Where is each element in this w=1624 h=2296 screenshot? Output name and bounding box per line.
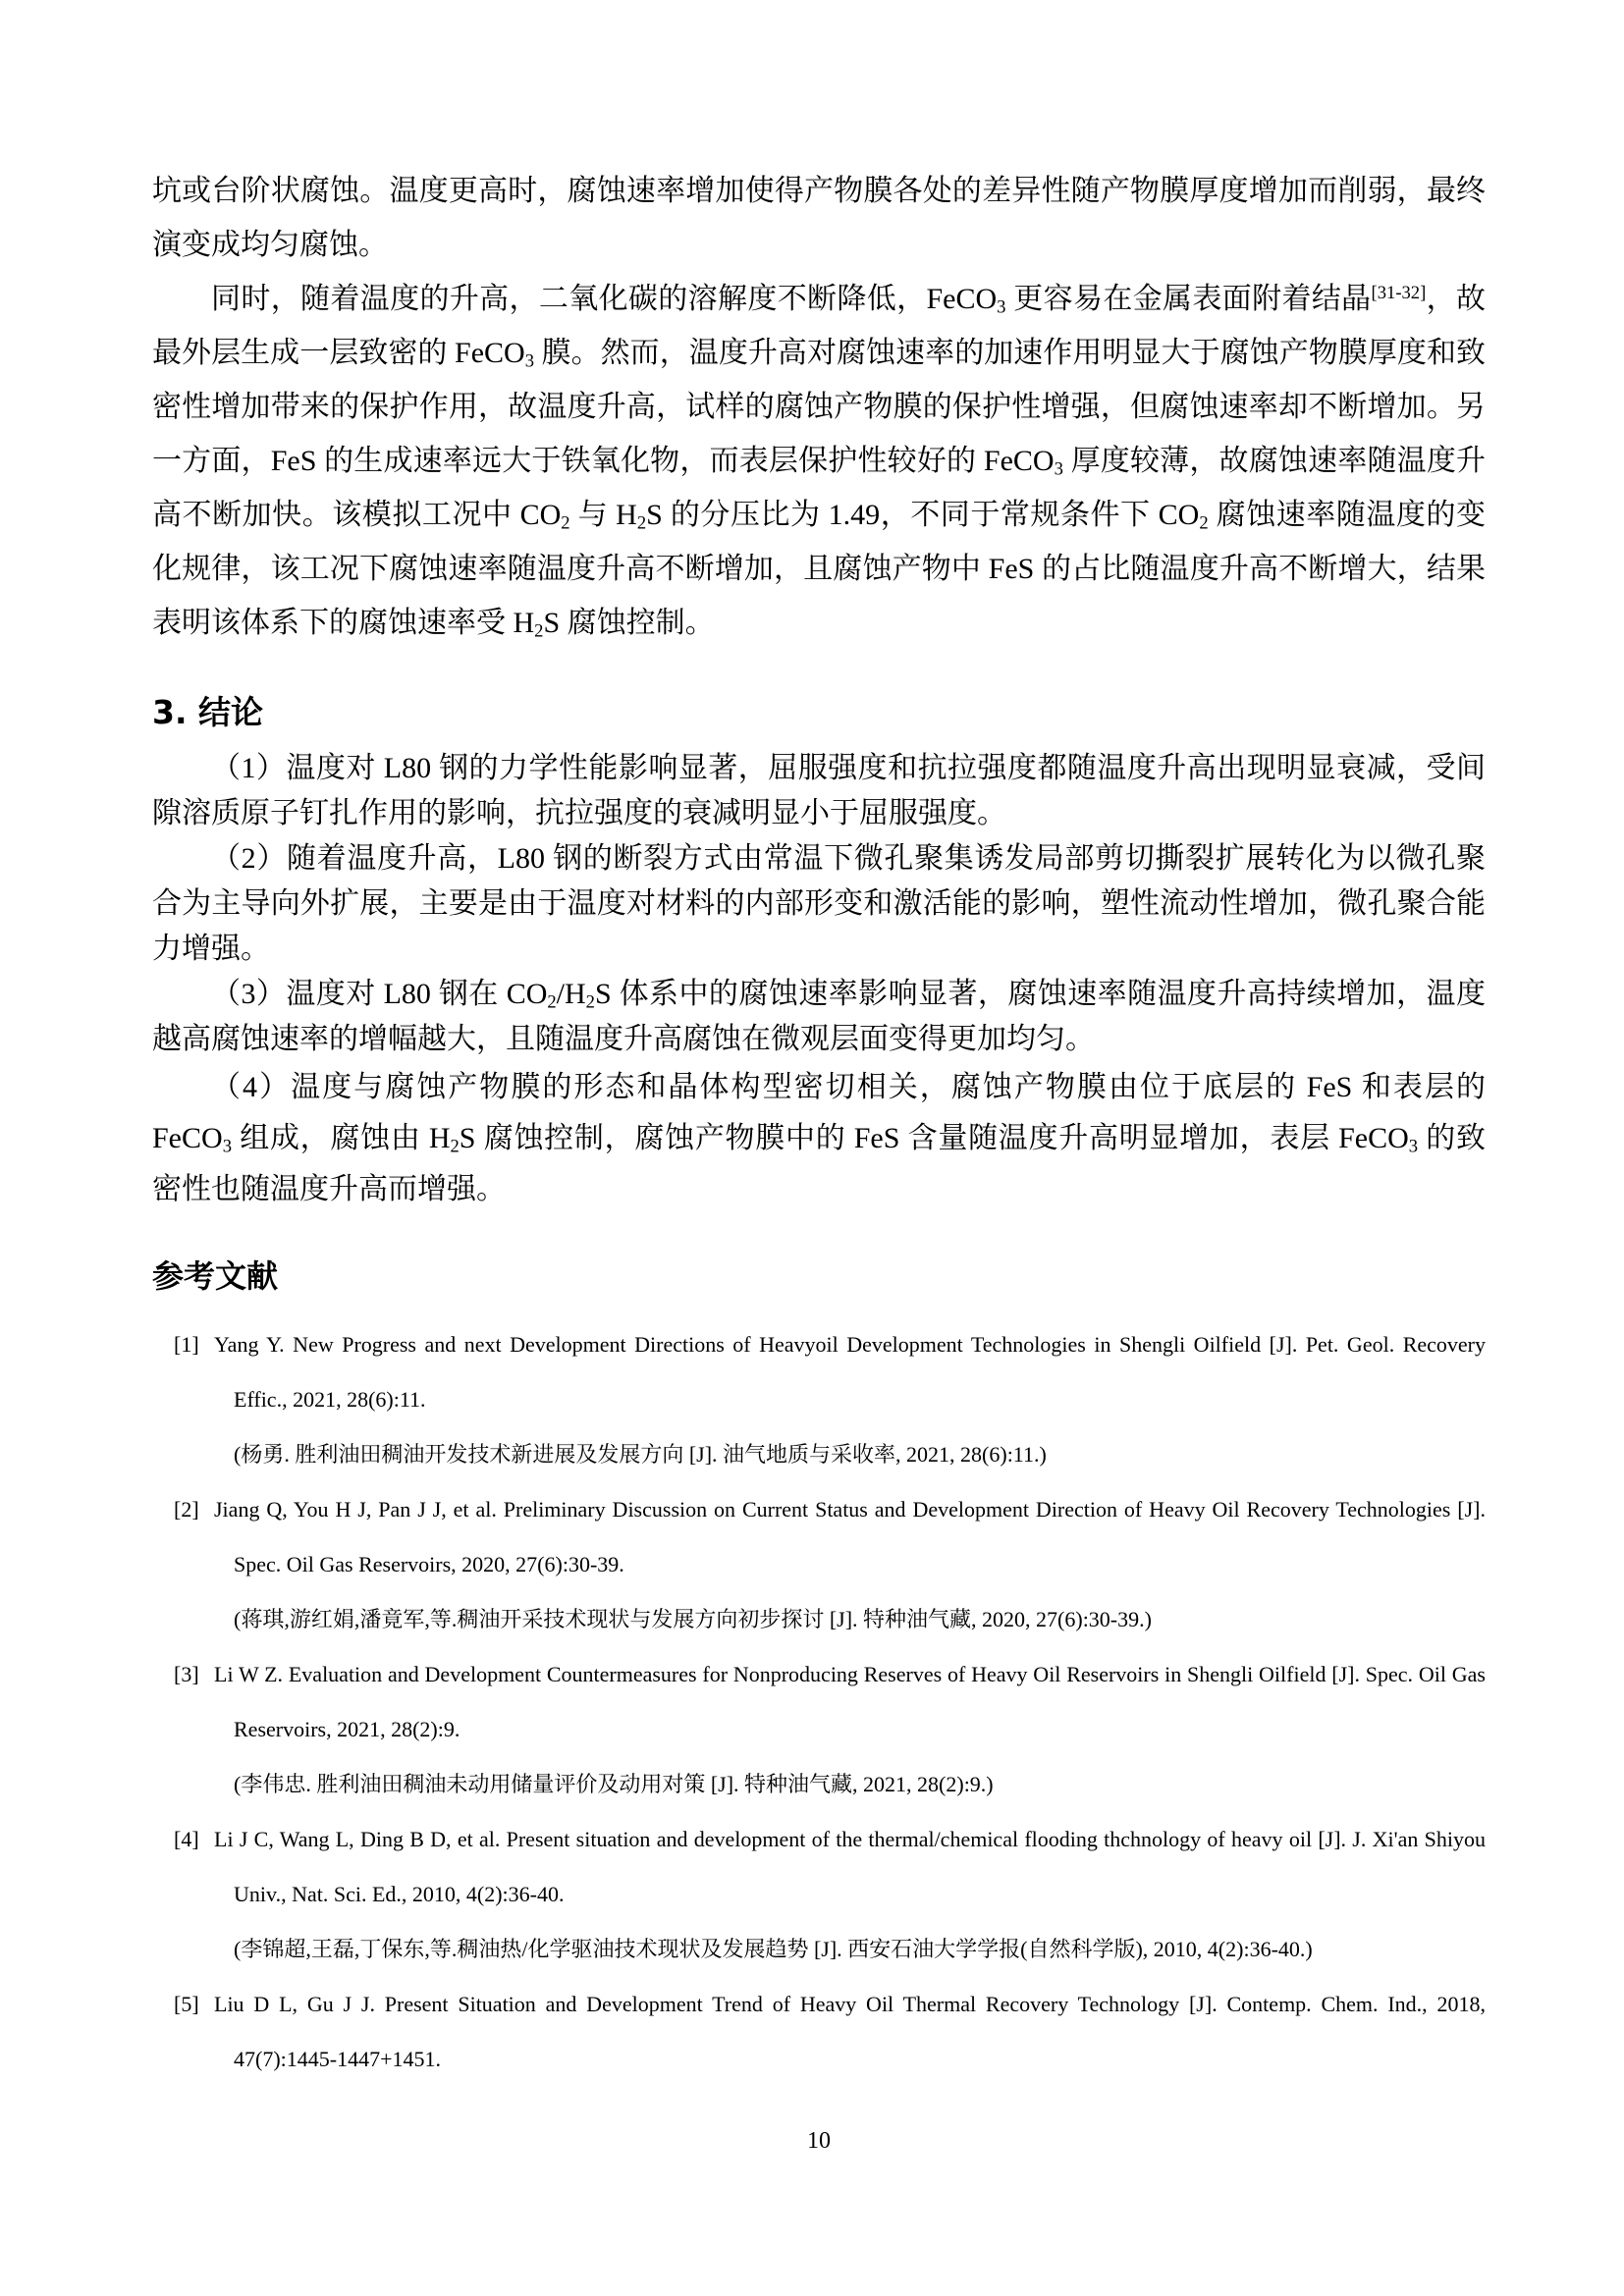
reference-5-english: Liu D L, Gu J J. Present Situation and D… bbox=[234, 1977, 1486, 2087]
reference-item-3: [3] Li W Z. Evaluation and Development C… bbox=[152, 1647, 1486, 1812]
page-content: 坑或台阶状腐蚀。温度更高时，腐蚀速率增加使得产物膜各处的差异性随产物膜厚度增加而… bbox=[152, 164, 1486, 2156]
reference-3-english: Li W Z. Evaluation and Development Count… bbox=[234, 1647, 1486, 1757]
conclusion-item-1: （1）温度对 L80 钢的力学性能影响显著，屈服强度和抗拉强度都随温度升高出现明… bbox=[152, 746, 1486, 836]
reference-5-marker: [5] bbox=[174, 1977, 199, 2032]
reference-item-4: [4] Li J C, Wang L, Ding B D, et al. Pre… bbox=[152, 1812, 1486, 1977]
conclusion-item-2: （2）随着温度升高，L80 钢的断裂方式由常温下微孔聚集诱发局部剪切撕裂扩展转化… bbox=[152, 836, 1486, 972]
reference-item-2: [2] Jiang Q, You H J, Pan J J, et al. Pr… bbox=[152, 1482, 1486, 1647]
reference-1-marker: [1] bbox=[174, 1317, 199, 1372]
reference-4-marker: [4] bbox=[174, 1812, 199, 1867]
reference-1-english: Yang Y. New Progress and next Developmen… bbox=[234, 1317, 1486, 1427]
reference-item-1: [1] Yang Y. New Progress and next Develo… bbox=[152, 1317, 1486, 1482]
reference-1-chinese: (杨勇. 胜利油田稠油开发技术新进展及发展方向 [J]. 油气地质与采收率, 2… bbox=[234, 1427, 1486, 1482]
reference-4-chinese: (李锦超,王磊,丁保东,等.稠油热/化学驱油技术现状及发展趋势 [J]. 西安石… bbox=[234, 1922, 1486, 1977]
conclusion-item-4: （4）温度与腐蚀产物膜的形态和晶体构型密切相关，腐蚀产物膜由位于底层的 FeS … bbox=[152, 1062, 1486, 1215]
reference-2-marker: [2] bbox=[174, 1482, 199, 1537]
conclusion-heading: 3. 结论 bbox=[152, 693, 1486, 732]
reference-2-chinese: (蒋琪,游红娟,潘竟军,等.稠油开采技术现状与发展方向初步探讨 [J]. 特种油… bbox=[234, 1592, 1486, 1647]
document-page: 坑或台阶状腐蚀。温度更高时，腐蚀速率增加使得产物膜各处的差异性随产物膜厚度增加而… bbox=[0, 0, 1624, 2296]
references-heading: 参考文献 bbox=[152, 1256, 1486, 1296]
conclusion-item-3: （3）温度对 L80 钢在 CO2/H2S 体系中的腐蚀速率影响显著，腐蚀速率随… bbox=[152, 972, 1486, 1062]
page-number: 10 bbox=[152, 2126, 1486, 2156]
body-paragraph-2: 同时，随着温度的升高，二氧化碳的溶解度不断降低，FeCO3 更容易在金属表面附着… bbox=[152, 272, 1486, 650]
reference-3-marker: [3] bbox=[174, 1647, 199, 1702]
body-paragraph-continuation: 坑或台阶状腐蚀。温度更高时，腐蚀速率增加使得产物膜各处的差异性随产物膜厚度增加而… bbox=[152, 164, 1486, 272]
reference-2-english: Jiang Q, You H J, Pan J J, et al. Prelim… bbox=[234, 1482, 1486, 1592]
reference-item-5: [5] Liu D L, Gu J J. Present Situation a… bbox=[152, 1977, 1486, 2087]
reference-3-chinese: (李伟忠. 胜利油田稠油未动用储量评价及动用对策 [J]. 特种油气藏, 202… bbox=[234, 1757, 1486, 1812]
reference-4-english: Li J C, Wang L, Ding B D, et al. Present… bbox=[234, 1812, 1486, 1922]
